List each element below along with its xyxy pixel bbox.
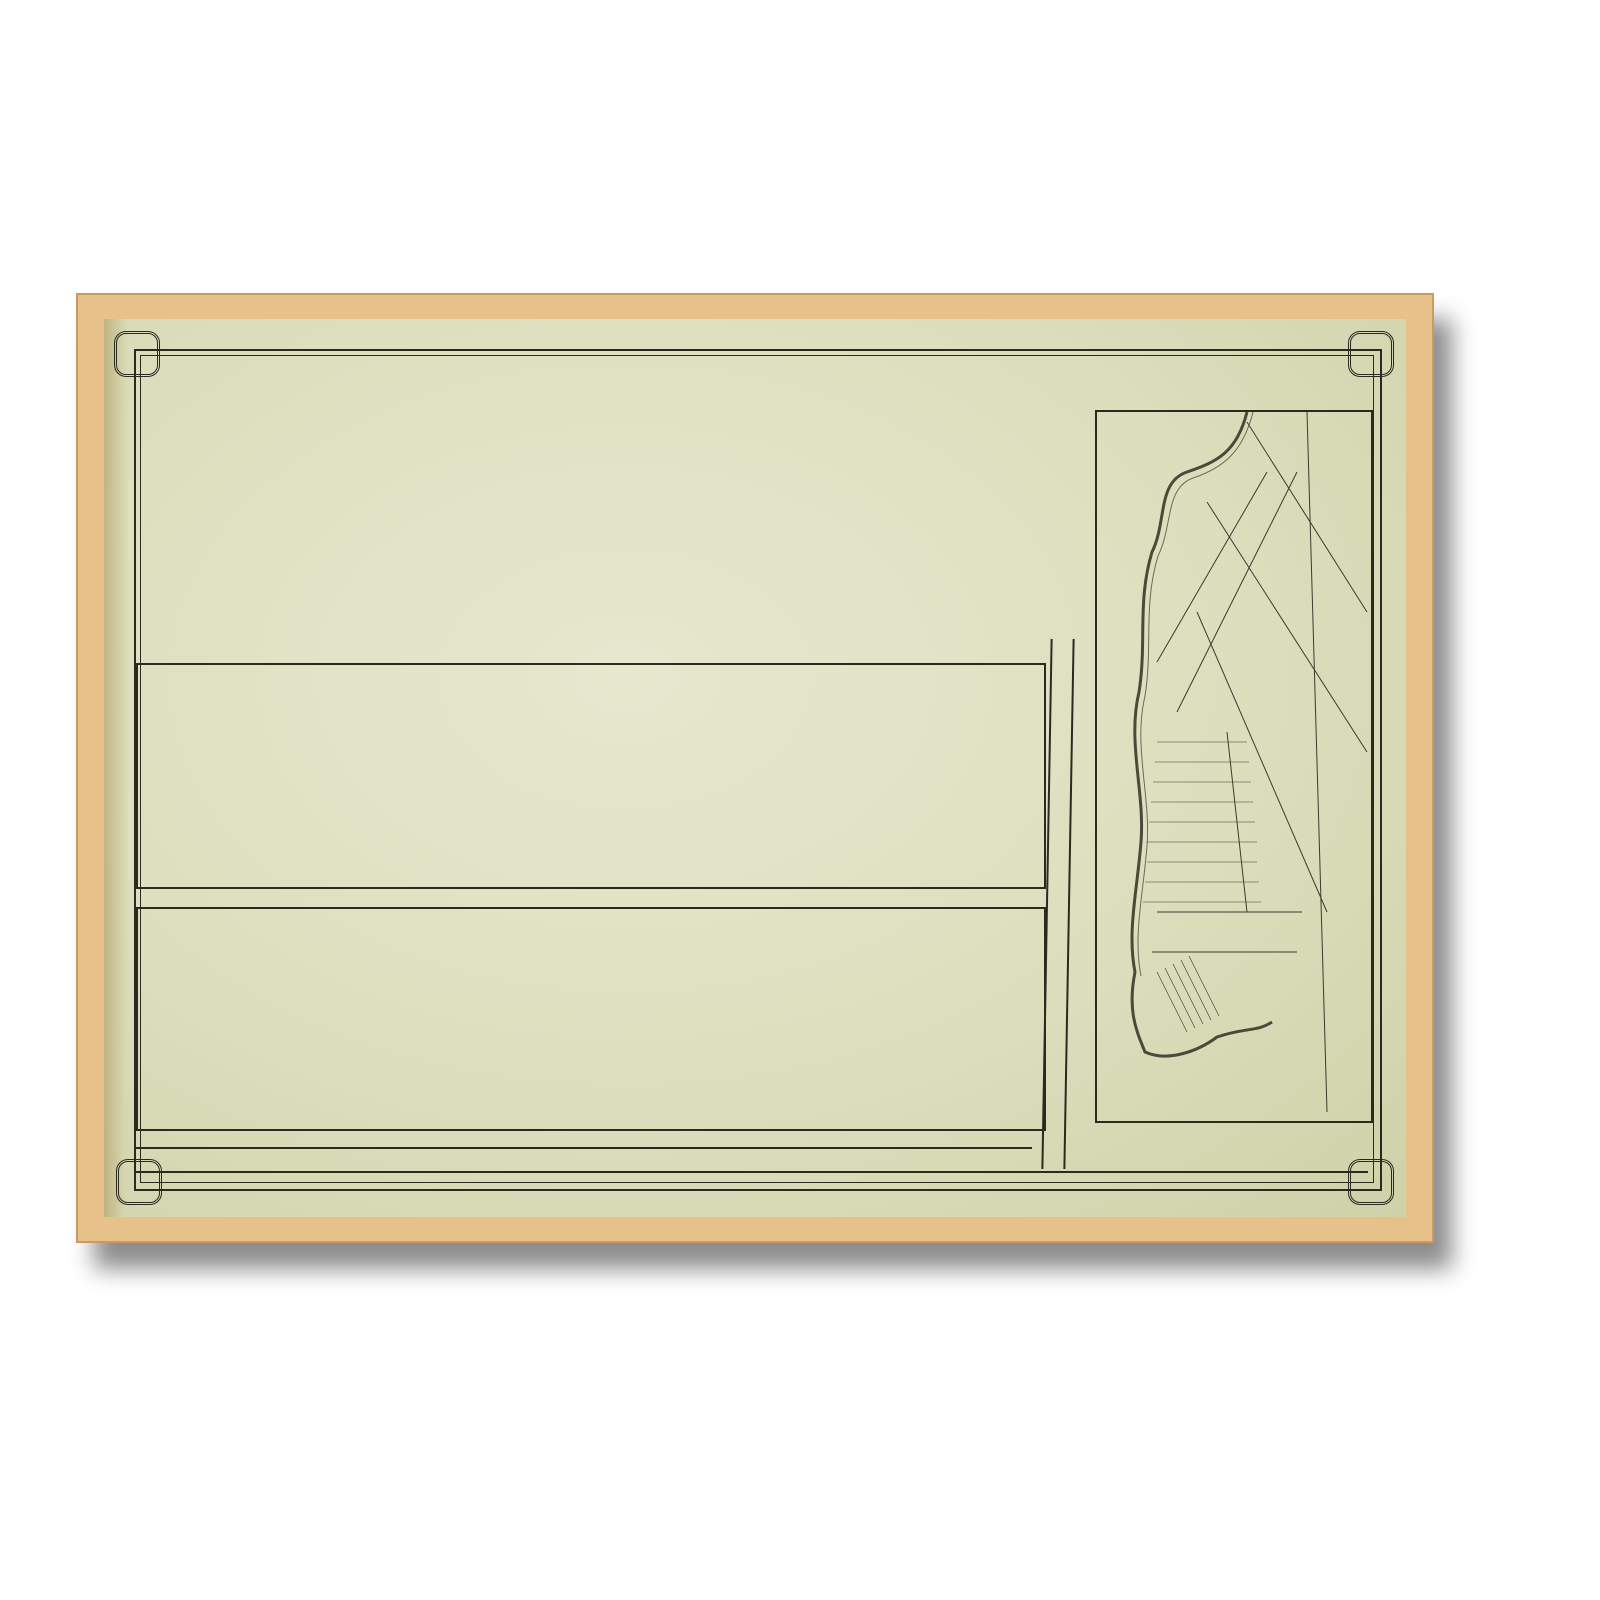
paper-stain xyxy=(104,319,130,1217)
locality-map xyxy=(1095,410,1373,1123)
corner-ornament-icon xyxy=(1348,1159,1394,1205)
bottom-lot-block xyxy=(136,907,1046,1131)
corner-ornament-icon xyxy=(116,1159,162,1205)
corner-ornament-icon xyxy=(114,331,160,377)
corner-ornament-icon xyxy=(1348,331,1394,377)
top-lot-block xyxy=(136,663,1046,889)
picture-frame xyxy=(76,293,1434,1243)
subdivision-plan xyxy=(136,663,1046,1125)
road-line xyxy=(136,1147,1032,1149)
map-paper xyxy=(104,319,1406,1217)
road-line xyxy=(136,1171,1368,1173)
